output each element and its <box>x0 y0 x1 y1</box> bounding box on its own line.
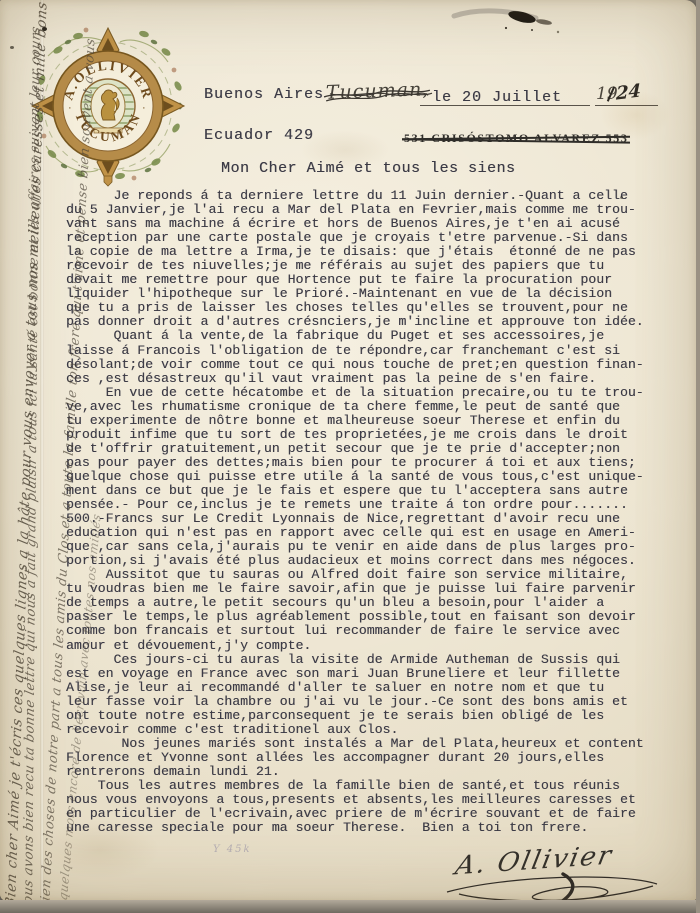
body-line: ment dans ce but que je le fais et esper… <box>66 484 670 498</box>
ink-blot <box>448 2 578 42</box>
body-line: pensée.- Pour ce,inclus je te remets une… <box>66 498 670 512</box>
body-line: amour et dévouement,j'y compte. <box>66 639 670 653</box>
body-line: Aussitot que tu sauras ou Alfred doit fa… <box>66 568 670 582</box>
body-line: nous vous envoyons a tous,presents et ab… <box>66 793 670 807</box>
body-line: laisse á Francois l'obligation de te rép… <box>66 344 670 358</box>
body-line: en particulier de l'ecrivain,avec priere… <box>66 807 670 821</box>
year-rule <box>595 105 658 106</box>
body-line: du 5 Janvier,je l'ai recu a Mar del Plat… <box>66 203 670 217</box>
body-line: que tu a pris de laisser les choses tell… <box>66 301 670 315</box>
letter-body: Je reponds á ta derniere lettre du 11 Ju… <box>66 189 670 835</box>
body-line: ont toute notre estime,parconsequent je … <box>66 709 670 723</box>
body-line: leur fasse voir la chambre ou j'ai vu le… <box>66 695 670 709</box>
printed-city-struck: Tucuman, <box>326 78 435 110</box>
body-line: ces ,est désastreux qu'il vaut vraiment … <box>66 372 670 386</box>
printed-address-struck: 531 CRISÓSTOMO ALVAREZ 553 <box>404 131 628 146</box>
body-line: portion,si j'avais été plus audacieux et… <box>66 554 670 568</box>
ink-speck <box>42 27 47 31</box>
body-line: tu voudras bien me le faire savoir,afin … <box>66 582 670 596</box>
body-line: désolant;de voir comme tout ce qui nous … <box>66 358 670 372</box>
body-line: devait me remettre pour que Hortence put… <box>66 273 670 287</box>
body-line: liquider l'hipotheque sur le Prioré.-Mai… <box>66 287 670 301</box>
body-line: de temps a autre,le petit secours qu'un … <box>66 596 670 610</box>
body-line: Florence et Yvonne sont allées les accom… <box>66 751 670 765</box>
typed-date: le 20 Juillet <box>432 89 562 106</box>
handwritten-year: 24 <box>616 80 641 104</box>
scan-backdrop-right <box>696 0 700 913</box>
body-line: reception par une carte postale que je c… <box>66 231 670 245</box>
body-line: passer le temps,le plus agréablement pos… <box>66 610 670 624</box>
body-line: que ,car sans cela,j'aurais pu te venir … <box>66 540 670 554</box>
body-line: quelque chose qui puisse etre utile á la… <box>66 470 670 484</box>
emblem-dot-right: · <box>142 102 146 114</box>
ink-speck <box>620 196 623 199</box>
scanned-letter: A.OLLIVIER TUCUMAN · · Buenos Aires Ecua… <box>0 0 700 913</box>
body-line: produit infime que tu sort de tes propri… <box>66 428 670 442</box>
body-line: une caresse speciale pour ma soeur There… <box>66 821 670 835</box>
body-line: 500.-Francs sur Le Credit Lyonnais de Ni… <box>66 512 670 526</box>
body-line: Ces jours-ci tu auras la visite de Armid… <box>66 653 670 667</box>
body-line: de t'offrir gratuitement,un petit secour… <box>66 442 670 456</box>
date-rule <box>420 105 590 106</box>
body-line: tu experimente de nôtre bonne et malheur… <box>66 414 670 428</box>
body-line: comme bon francais et surtout lui recomm… <box>66 624 670 638</box>
pencil-note: Y 45k <box>213 844 252 855</box>
body-line: recevoir comme c'est traditionel aux Clo… <box>66 723 670 737</box>
body-line: pas pour payer des dettes;mais bien pour… <box>66 456 670 470</box>
typed-city: Buenos Aires <box>204 86 324 103</box>
salutation: Mon Cher Aimé et tous les siens <box>221 160 516 177</box>
paper: A.OLLIVIER TUCUMAN · · Buenos Aires Ecua… <box>0 0 697 901</box>
ollivier-tucuman-emblem-icon: A.OLLIVIER TUCUMAN · · <box>28 16 188 188</box>
body-line: est en voyage en France avec son mari Ju… <box>66 667 670 681</box>
body-line: Nos jeunes mariés sont instalés a Mar de… <box>66 737 670 751</box>
body-line: Je reponds á ta derniere lettre du 11 Ju… <box>66 189 670 203</box>
body-line: vant sans ma machine á écrire et hors de… <box>66 217 670 231</box>
body-line: pas donner droit a d'autres crésnciers,j… <box>66 315 670 329</box>
body-line: Alise,je leur ai recommandé d'aller te s… <box>66 681 670 695</box>
body-line: ve,avec les rhumatisme cronique de ta ch… <box>66 400 670 414</box>
scribble-strike-icon <box>322 80 435 110</box>
body-line: En vue de cette hécatombe et de la situa… <box>66 386 670 400</box>
body-line: la copie de ma lettre a Irma,je te disai… <box>66 245 670 259</box>
body-line: Quant á la vente,de la fabrique du Puget… <box>66 329 670 343</box>
body-line: recevoir de tes niuvelles;je me référais… <box>66 259 670 273</box>
body-line: rentrerons demain lundi 21. <box>66 765 670 779</box>
body-line: education qui n'est pas en rapport avec … <box>66 526 670 540</box>
scan-backdrop-bottom <box>0 900 700 913</box>
emblem-dot-left: · <box>68 102 72 114</box>
body-line: Tous les autres membres de la famille bi… <box>66 779 670 793</box>
typed-street: Ecuador 429 <box>204 127 314 144</box>
ink-speck <box>10 46 14 49</box>
